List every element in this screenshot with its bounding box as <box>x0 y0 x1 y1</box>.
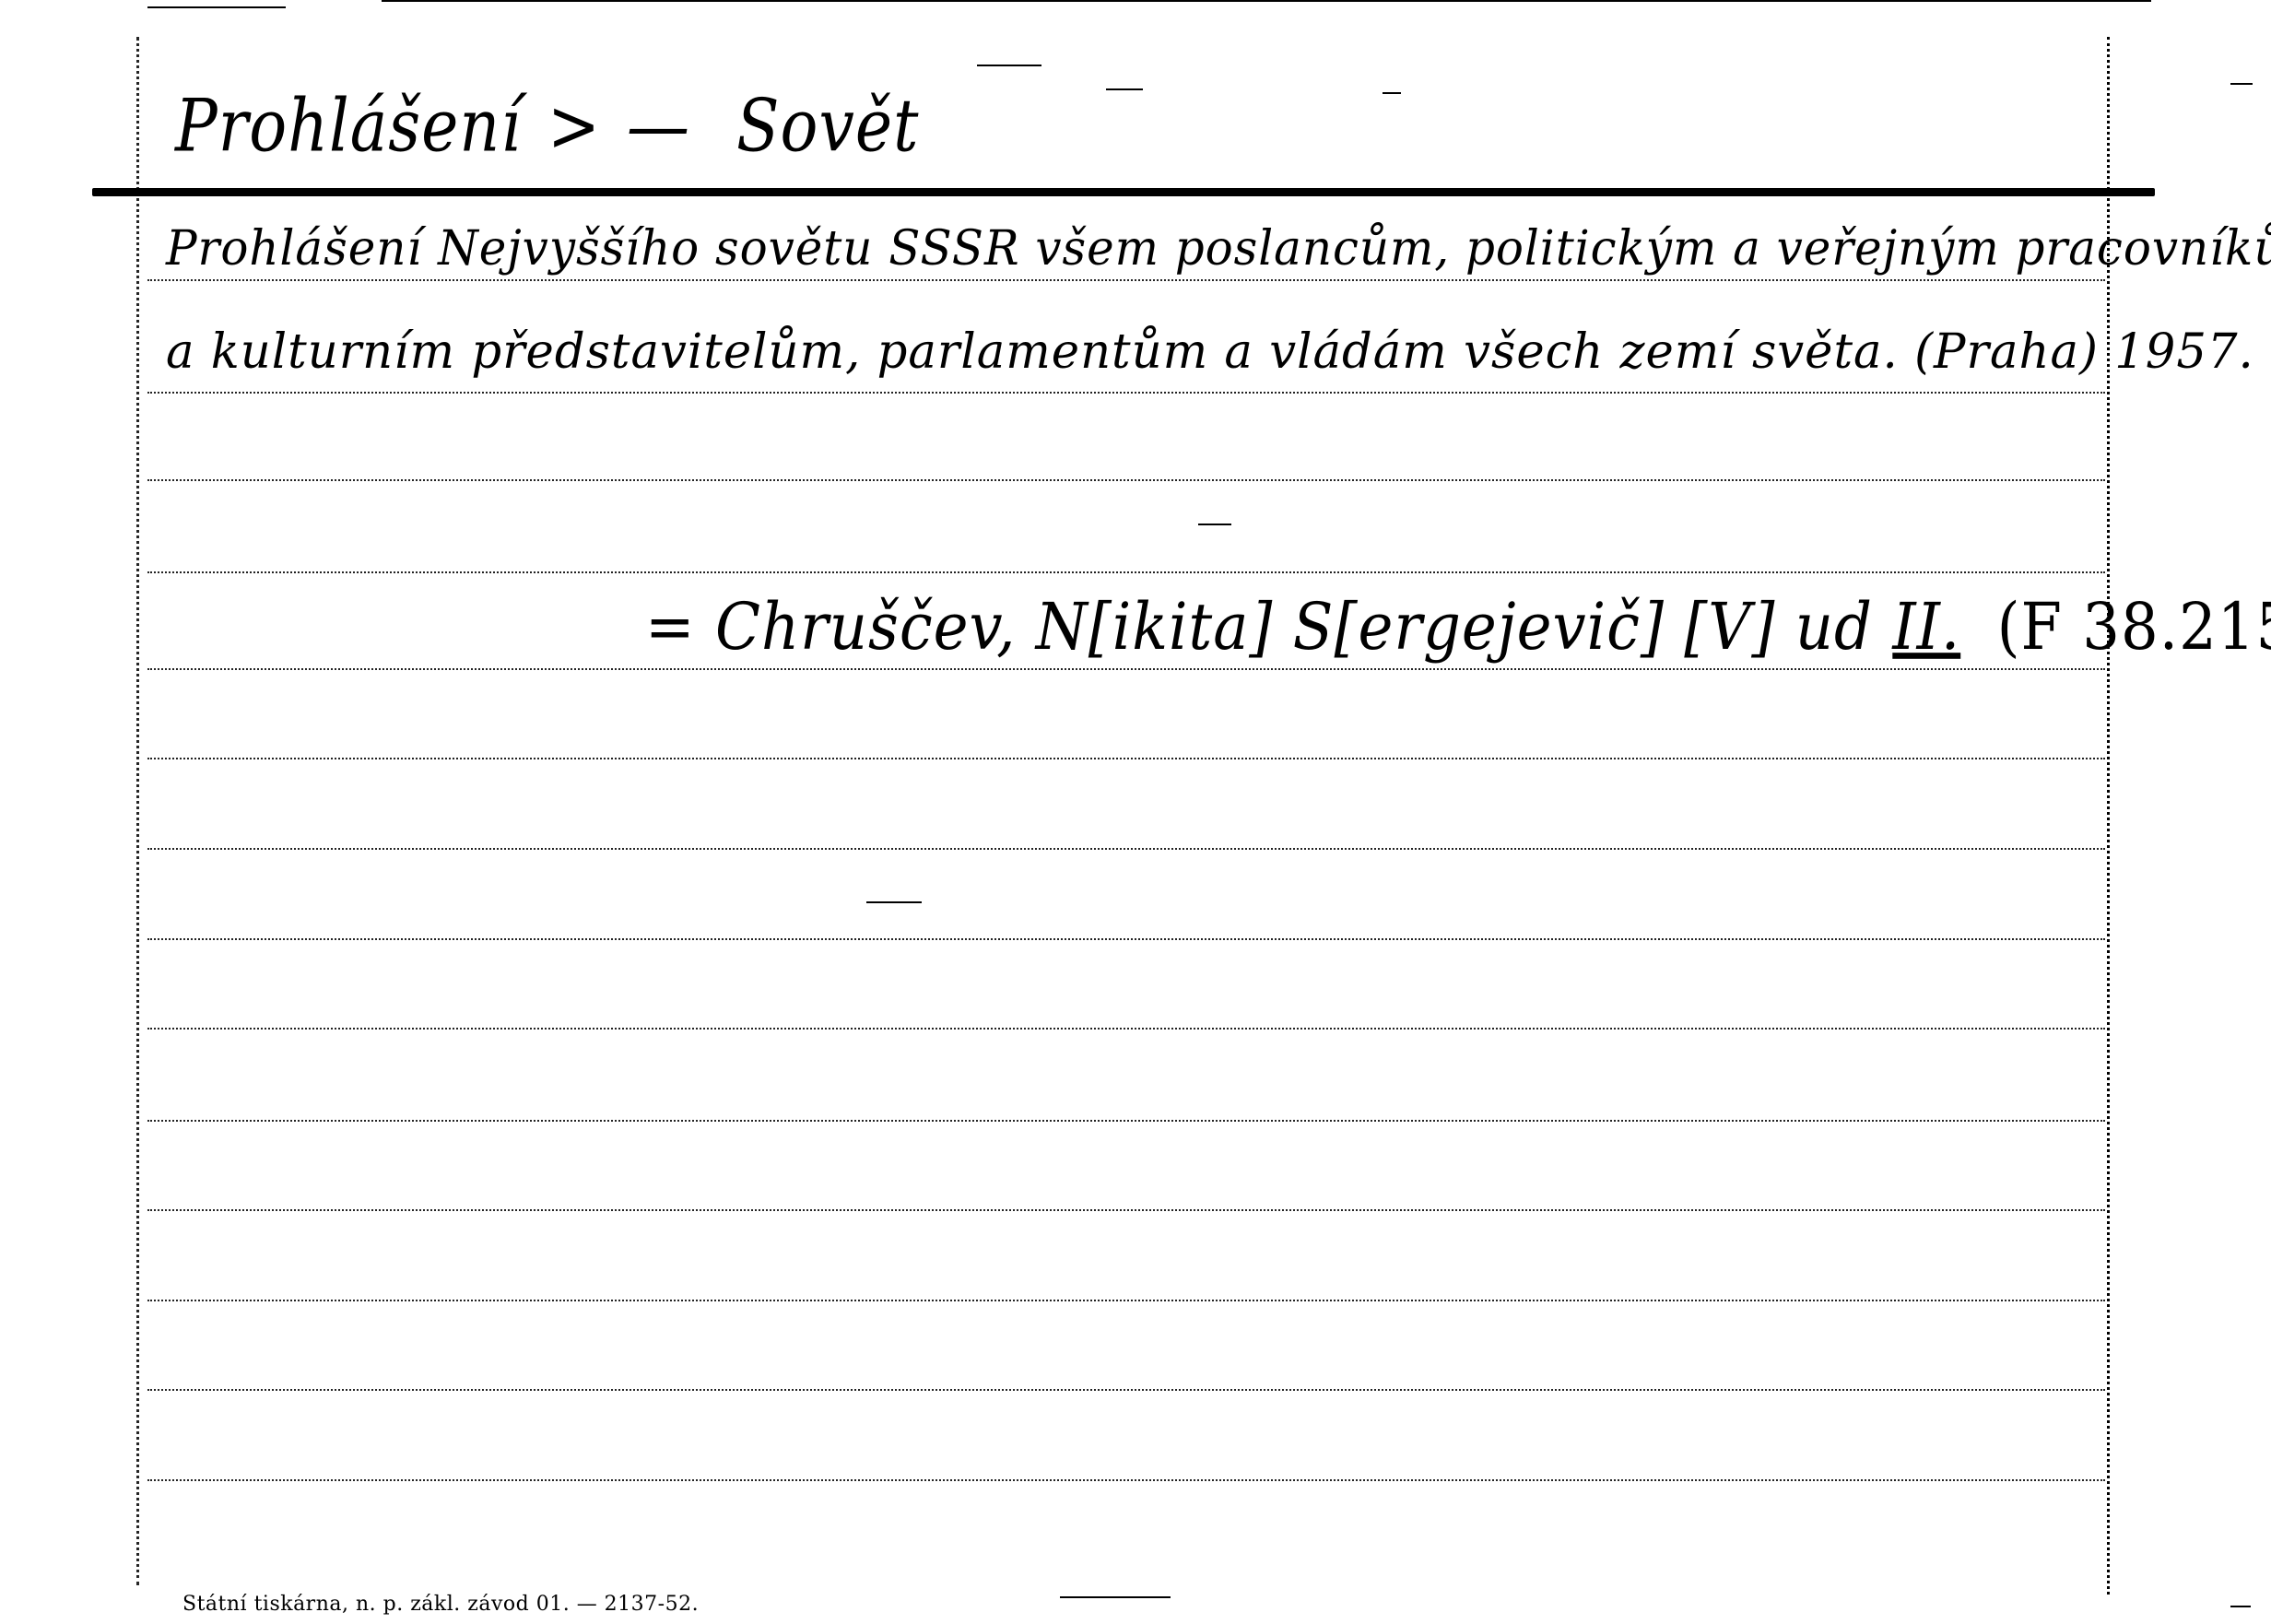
scan-noise <box>2230 83 2253 85</box>
ruled-line <box>147 1028 2105 1030</box>
heading-see-reference: Sovět <box>736 85 920 169</box>
author-prefix: = <box>645 590 696 665</box>
catalog-card: Prohlášení>—Sovět Prohlášení Nejvyššího … <box>0 0 2271 1624</box>
heading-dash: — <box>627 85 690 169</box>
left-dotted-border <box>136 37 139 1585</box>
arrow-icon: > <box>547 85 601 169</box>
scan-edge-rule <box>382 0 2151 2</box>
title-line-2: a kulturním představitelům, parlamentům … <box>166 324 2271 380</box>
title-line-1: Prohlášení Nejvyššího sovětu SSSR všem p… <box>166 221 2271 277</box>
scan-noise <box>1198 524 1231 525</box>
scan-noise <box>1106 88 1143 90</box>
ruled-line <box>147 938 2105 940</box>
heading-rule <box>92 188 2155 196</box>
volume-ref: [V] ud <box>1684 590 1873 665</box>
printer-imprint: Státní tiskárna, n. p. zákl. závod 01. —… <box>182 1593 699 1616</box>
author-name: Chruščev, N[ikita] S[ergejevič] <box>715 590 1665 665</box>
card-heading: Prohlášení>—Sovět <box>175 85 919 169</box>
scan-noise <box>1060 1596 1171 1598</box>
ruled-line <box>147 279 2105 281</box>
ruled-line <box>147 1209 2105 1211</box>
volume-number: II. <box>1892 590 1960 665</box>
call-number: (F 38.215) <box>1997 590 2271 665</box>
author-entry: = Chruščev, N[ikita] S[ergejevič] [V] ud… <box>645 590 2271 665</box>
ruled-line <box>147 1389 2105 1391</box>
ruled-line <box>147 479 2105 481</box>
ruled-line <box>147 1120 2105 1122</box>
ruled-line <box>147 848 2105 850</box>
ruled-line <box>147 571 2105 573</box>
scan-noise <box>1383 92 1401 94</box>
scan-noise <box>977 65 1041 66</box>
scan-noise <box>866 901 922 903</box>
scan-edge-rule <box>147 6 286 8</box>
ruled-line <box>147 1479 2105 1481</box>
ruled-line <box>147 758 2105 759</box>
ruled-line <box>147 1300 2105 1301</box>
heading-term: Prohlášení <box>175 85 522 169</box>
ruled-line <box>147 668 2105 670</box>
ruled-line <box>147 392 2105 394</box>
scan-noise <box>2230 1606 2251 1607</box>
